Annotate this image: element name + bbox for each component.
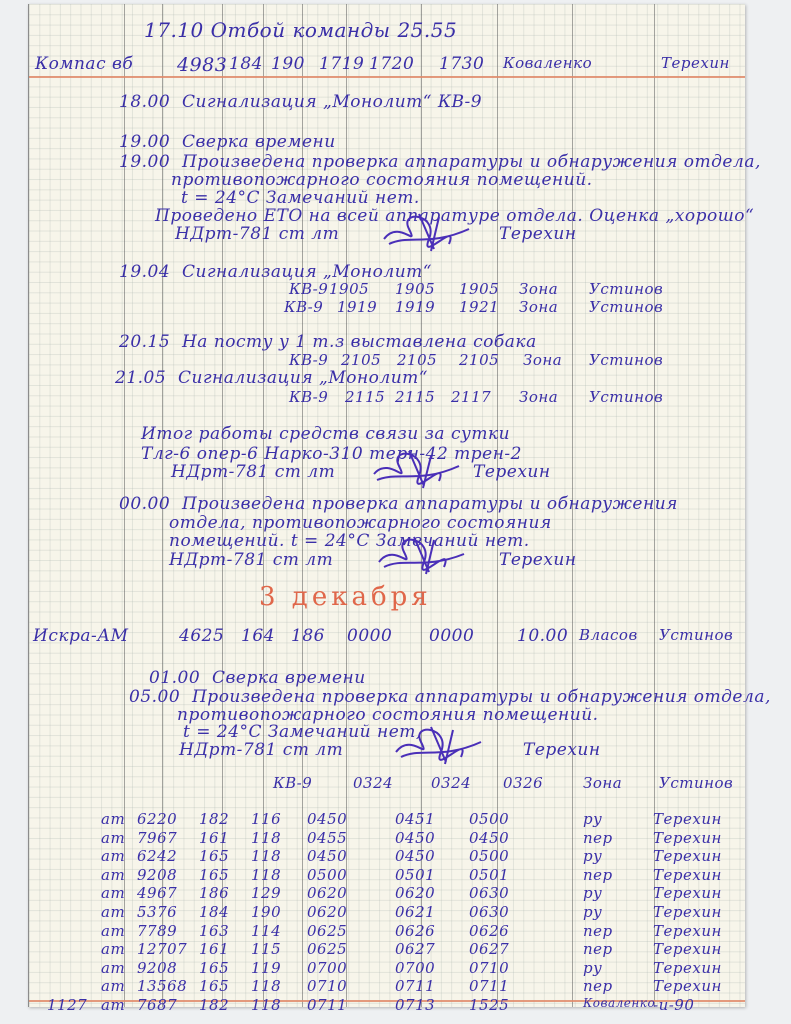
table-cell: 118 [251,847,281,865]
table-cell: 0620 [307,903,347,921]
table-cell: Терехин [653,940,722,958]
table-cell: Терехин [653,922,722,940]
log-entry: НДрт-781 ст лт [169,550,333,570]
table-cell: ру [583,847,602,865]
table-row: ат5376184190062006210630руТерехин [29,903,745,923]
shift-cell: Коваленко [503,54,592,72]
table-cell: 0700 [307,959,347,977]
log-entry: отдела, противопожарного состояния [169,513,552,533]
table-cell: 0500 [307,866,347,884]
handwritten-signature [374,532,469,576]
table-cell: 0710 [469,959,509,977]
table-cell: Терехин [653,866,722,884]
log-entry: t = 24°C Замечаний нет, [183,722,422,742]
table-row: 1127ат7687182118071107131525Коваленко-и-… [29,996,745,1016]
table-cell: 9208 [137,866,177,884]
table-cell: 7789 [137,922,177,940]
log-entry: 00.00 Произведена проверка аппаратуры и … [119,494,678,514]
table-cell: ат [101,829,125,847]
table-cell: 161 [199,829,229,847]
table-cell: 13568 [137,977,187,995]
table-cell: 118 [251,996,281,1014]
table-cell: 0620 [307,884,347,902]
summary-line: Итог работы средств связи за сутки [141,424,510,444]
table-cell: 0501 [395,866,435,884]
table-cell: Терехин [653,884,722,902]
table-cell: 114 [251,922,281,940]
table-cell: 12707 [137,940,187,958]
log-entry: 01.00 Сверка времени [149,668,366,688]
table-cell: 9208 [137,959,177,977]
table-cell: 165 [199,847,229,865]
table-cell: ат [101,977,125,995]
table-cell: 116 [251,810,281,828]
table-cell: 5376 [137,903,177,921]
table-cell: 0455 [307,829,347,847]
red-underline [29,76,745,78]
table-cell: 0710 [307,977,347,995]
table-cell: 6242 [137,847,177,865]
table-cell: 0625 [307,940,347,958]
signature-name: Терехин [499,224,577,244]
log-entry: НДрт-781 ст лт [175,224,339,244]
table-cell: 119 [251,959,281,977]
table-cell: ат [101,866,125,884]
log-entry: 05.00 Произведена проверка аппаратуры и … [129,687,771,707]
log-entry: 19.00 Произведена проверка аппаратуры и … [119,152,761,172]
shift-cell: 1720 [369,54,414,74]
table-cell: 190 [251,903,281,921]
table-cell: 161 [199,940,229,958]
table-row: ат9208165118050005010501перТерехин [29,866,745,886]
table-cell: 163 [199,922,229,940]
shift-row-2: Искра-АМ 4625 164 186 0000 0000 10.00 Вл… [29,626,745,646]
alarm-row: КВ-9 1905 1905 1905 Зона Устинов [29,280,745,300]
table-cell: -и-90 [653,996,694,1014]
table-cell: 0451 [395,810,435,828]
log-entry: противопожарного состояния помещений. [171,170,593,190]
table-row: ат4967186129062006200630руТерехин [29,884,745,904]
table-cell: 0450 [307,810,347,828]
table-cell: 0450 [469,829,509,847]
table-cell: 0711 [307,996,347,1014]
table-cell: Терехин [653,977,722,995]
log-entry: 21.05 Сигнализация „Монолит“ [115,368,428,388]
table-cell: 118 [251,829,281,847]
date-heading: 3 декабря [259,582,432,612]
table-cell: 0700 [395,959,435,977]
table-cell: 129 [251,884,281,902]
summary-line: НДрт-781 ст лт [171,462,335,482]
table-cell: 186 [199,884,229,902]
table-cell: ат [101,959,125,977]
handwritten-signature [391,722,486,766]
table-row: ат7789163114062506260626перТерехин [29,922,745,942]
table-cell: ат [101,940,125,958]
table-cell: 0501 [469,866,509,884]
table-row: ат9208165119070007000710руТерехин [29,959,745,979]
table-cell: ат [101,922,125,940]
table-cell: 0626 [469,922,509,940]
signature-name: Терехин [473,462,551,482]
table-cell: Терехин [653,810,722,828]
table-cell: 184 [199,903,229,921]
handwritten-signature [379,209,474,253]
log-entry: 20.15 На посту у 1 т.з выставлена собака [119,332,537,352]
alarm-row: КВ-9 0324 0324 0326 Зона Устинов [29,774,745,794]
table-cell: 165 [199,977,229,995]
table-cell: ат [101,810,125,828]
table-cell: 0500 [469,847,509,865]
log-entry: t = 24°C Замечаний нет. [181,188,420,208]
table-cell: 4967 [137,884,177,902]
table-cell: 0450 [307,847,347,865]
table-cell: 1127 [47,996,87,1014]
log-entry: помещений. t = 24°С Замечаний нет. [169,531,530,551]
shift-cell: 1730 [439,54,484,74]
log-entry: 18.00 Сигнализация „Монолит“ КВ-9 [119,92,482,112]
table-row: ат6242165118045004500500руТерехин [29,847,745,867]
table-cell: ру [583,810,602,828]
alarm-row: КВ-9 2115 2115 2117 Зона Устинов [29,388,745,408]
table-cell: 0711 [469,977,509,995]
table-cell: Коваленко [583,996,655,1010]
table-cell: 7967 [137,829,177,847]
table-cell: 0626 [395,922,435,940]
table-cell: пер [583,977,613,995]
table-cell: ру [583,884,602,902]
table-cell: 182 [199,810,229,828]
logbook-sheet: 17.10 Отбой команды 25.55 Компас вб 4983… [28,4,745,1007]
table-cell: 6220 [137,810,177,828]
table-cell: пер [583,940,613,958]
table-cell: ру [583,959,602,977]
table-cell: Терехин [653,959,722,977]
table-cell: Терехин [653,847,722,865]
shift-cell: Компас вб [35,54,133,74]
table-row: ат6220182116045004510500руТерехин [29,810,745,830]
table-row: ат13568165118071007110711перТерехин [29,977,745,997]
signature-name: Терехин [523,740,601,760]
shift-row-1: Компас вб 4983 184 190 1719 1720 1730 Ко… [29,54,745,74]
table-cell: 0620 [395,884,435,902]
table-cell: 165 [199,866,229,884]
table-cell: ат [101,884,125,902]
table-cell: 0711 [395,977,435,995]
shift-cell: Терехин [661,54,730,72]
table-cell: 182 [199,996,229,1014]
table-cell: 0500 [469,810,509,828]
table-cell: 1525 [469,996,509,1014]
table-cell: 0621 [395,903,435,921]
handwritten-signature [369,446,464,490]
table-cell: 0713 [395,996,435,1014]
table-cell: ат [101,903,125,921]
table-row: ат12707161115062506270627перТерехин [29,940,745,960]
header-line: 17.10 Отбой команды 25.55 [144,18,457,42]
alarm-row: КВ-9 1919 1919 1921 Зона Устинов [29,298,745,318]
table-cell: 0450 [395,847,435,865]
log-entry: НДрт-781 ст лт [179,740,343,760]
table-cell: пер [583,829,613,847]
table-cell: ат [101,996,125,1014]
shift-cell: 4983 [177,54,227,76]
table-cell: 115 [251,940,281,958]
shift-cell: 184 [229,54,263,74]
table-cell: 0627 [395,940,435,958]
table-cell: 118 [251,866,281,884]
table-cell: 0625 [307,922,347,940]
table-cell: 165 [199,959,229,977]
table-cell: 0627 [469,940,509,958]
table-cell: 7687 [137,996,177,1014]
table-cell: 0450 [395,829,435,847]
table-cell: 0630 [469,884,509,902]
summary-line: Тлг-6 опер-6 Нарко-310 терн-42 трен-2 [141,444,522,464]
table-cell: пер [583,922,613,940]
log-entry: 19.00 Сверка времени [119,132,336,152]
signature-name: Терехин [499,550,577,570]
table-cell: 118 [251,977,281,995]
table-cell: ат [101,847,125,865]
log-entry: 19.04 Сигнализация „Монолит“ [119,262,432,282]
shift-cell: 190 [271,54,305,74]
table-cell: Терехин [653,903,722,921]
table-cell: пер [583,866,613,884]
shift-cell: 1719 [319,54,364,74]
table-cell: ру [583,903,602,921]
table-row: ат7967161118045504500450перТерехин [29,829,745,849]
table-cell: 0630 [469,903,509,921]
table-cell: Терехин [653,829,722,847]
